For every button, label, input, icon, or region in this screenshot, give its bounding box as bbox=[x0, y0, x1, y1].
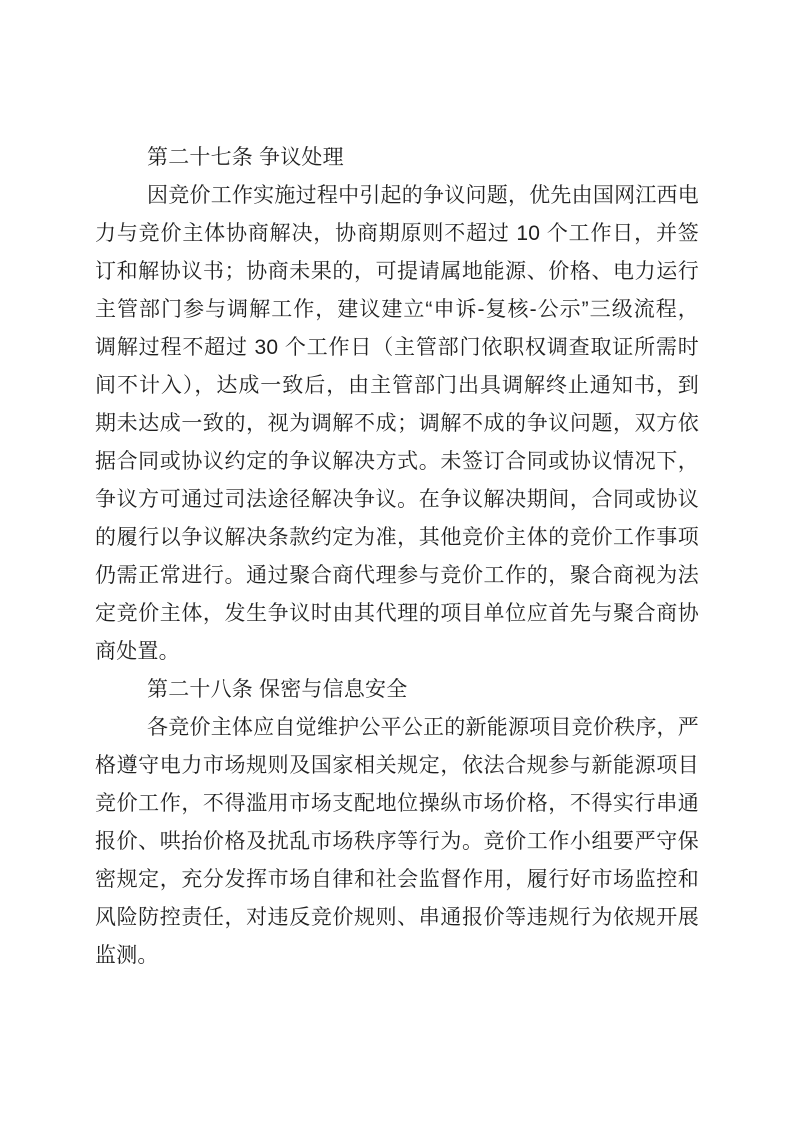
paragraph-line: 订和解协议书；协商未果的，可提请属地能源、价格、电力运行 bbox=[95, 253, 699, 291]
paragraph-line: 定竞价主体，发生争议时由其代理的项目单位应首先与聚合商协 bbox=[95, 595, 699, 633]
paragraph-line: 间不计入），达成一致后，由主管部门出具调解终止通知书，到 bbox=[95, 367, 699, 405]
article-27-heading: 第二十七条 争议处理 bbox=[95, 139, 699, 177]
article-28-heading: 第二十八条 保密与信息安全 bbox=[95, 671, 699, 709]
paragraph-line: 各竞价主体应自觉维护公平公正的新能源项目竞价秩序，严 bbox=[95, 709, 699, 747]
article-28-section: 第二十八条 保密与信息安全 各竞价主体应自觉维护公平公正的新能源项目竞价秩序，严… bbox=[95, 671, 699, 975]
paragraph-line: 主管部门参与调解工作，建议建立“申诉-复核-公示”三级流程， bbox=[95, 291, 699, 329]
paragraph-line: 仍需正常进行。通过聚合商代理参与竞价工作的，聚合商视为法 bbox=[95, 557, 699, 595]
paragraph-line: 力与竞价主体协商解决，协商期原则不超过 10 个工作日，并签 bbox=[95, 215, 699, 253]
paragraph-line: 监测。 bbox=[95, 937, 699, 975]
document-body: 第二十七条 争议处理 因竞价工作实施过程中引起的争议问题，优先由国网江西电 力与… bbox=[95, 139, 699, 975]
paragraph-line: 因竞价工作实施过程中引起的争议问题，优先由国网江西电 bbox=[95, 177, 699, 215]
paragraph-line: 争议方可通过司法途径解决争议。在争议解决期间，合同或协议 bbox=[95, 481, 699, 519]
paragraph-line: 报价、哄抬价格及扰乱市场秩序等行为。竞价工作小组要严守保 bbox=[95, 823, 699, 861]
paragraph-line: 风险防控责任，对违反竞价规则、串通报价等违规行为依规开展 bbox=[95, 899, 699, 937]
paragraph-line: 期未达成一致的，视为调解不成；调解不成的争议问题，双方依 bbox=[95, 405, 699, 443]
paragraph-line: 商处置。 bbox=[95, 633, 699, 671]
paragraph-line: 据合同或协议约定的争议解决方式。未签订合同或协议情况下， bbox=[95, 443, 699, 481]
paragraph-line: 格遵守电力市场规则及国家相关规定，依法合规参与新能源项目 bbox=[95, 747, 699, 785]
paragraph-line: 调解过程不超过 30 个工作日（主管部门依职权调查取证所需时 bbox=[95, 329, 699, 367]
paragraph-line: 密规定，充分发挥市场自律和社会监督作用，履行好市场监控和 bbox=[95, 861, 699, 899]
paragraph-line: 竞价工作，不得滥用市场支配地位操纵市场价格，不得实行串通 bbox=[95, 785, 699, 823]
article-27-section: 第二十七条 争议处理 因竞价工作实施过程中引起的争议问题，优先由国网江西电 力与… bbox=[95, 139, 699, 671]
document-page: 第二十七条 争议处理 因竞价工作实施过程中引起的争议问题，优先由国网江西电 力与… bbox=[0, 0, 793, 1122]
paragraph-line: 的履行以争议解决条款约定为准，其他竞价主体的竞价工作事项 bbox=[95, 519, 699, 557]
